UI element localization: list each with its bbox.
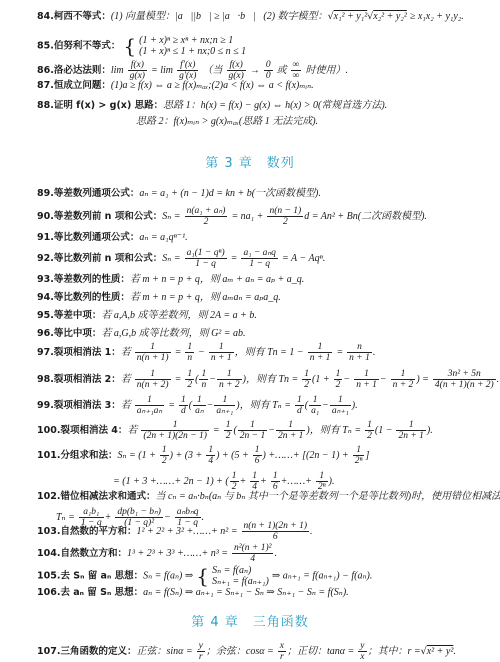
brace-icon: { — [196, 566, 209, 586]
formula-93: 93.等差数列的性质：若 m + n = p + q，则 aₘ + aₙ = a… — [37, 274, 304, 286]
formula-96: 96.等比中项：若 a,G,b 成等比数列，则 G² = ab. — [37, 328, 246, 340]
formula-103: 103.自然数的平方和：1² + 2² + 3² +……+ n² = n(n +… — [37, 521, 313, 542]
formula-87: 87.恒成立问题：(1)a ≥ f(x) ⇔ a ≥ f(x)ₘₐₓ;(2)a … — [37, 80, 314, 92]
formula-99: 99.裂项相消法 3：若 1aₙ₊₁aₙ = 1d(1aₙ−1aₙ₊₁)，则有 … — [37, 395, 358, 416]
formula-100: 100.裂项相消法 4：若 1(2n + 1)(2n − 1) = 12(12n… — [37, 420, 433, 441]
formula-106: 106.去 aₙ 留 Sₙ 思想：aₙ = f(Sₙ) ⇒ aₙ₊₁ = Sₙ₊… — [37, 587, 349, 599]
formula-104: 104.自然数立方和：1³ + 2³ + 3³ +……+ n³ = n²(n +… — [37, 543, 277, 564]
chapter-heading-3: 第 3 章 数列 — [0, 152, 500, 171]
formula-107: 107.三角函数的定义：正弦：sinα = yr；余弦：cosα = xr；正切… — [37, 641, 456, 662]
formula-97: 97.裂项相消法 1：若 1n(n + 1) = 1n − 1n + 1，则有 … — [37, 342, 375, 363]
formula-101: 101.分组求和法：Sₙ = (1 + 12) + (3 + 14) + (5 … — [37, 445, 369, 466]
formula-86: 86.洛必达法则：lim f(x)g(x) = lim f′(x)g′(x) （… — [37, 60, 348, 81]
brace-icon: { — [123, 36, 136, 56]
formula-84: 84.柯西不等式：(1) 向量模型：|a⃗||b⃗| ≥ |a⃗·b⃗|；(2)… — [37, 11, 464, 23]
formula-90: 90.等差数列前 n 项和公式：Sₙ = n(a₁ + aₙ)2 = na₁ +… — [37, 206, 427, 227]
formula-89: 89.等差数列通项公式：aₙ = a₁ + (n − 1)d = kn + b(… — [37, 188, 321, 200]
chapter-heading-4: 第 4 章 三角函数 — [0, 611, 500, 630]
formula-94: 94.等比数列的性质：若 m + n = p + q，则 aₘaₙ = aₚa_… — [37, 292, 281, 304]
formula-102: 102.错位相减法求和通式：当 cₙ = aₙ·bₙ(aₙ 与 bₙ 其中一个是… — [37, 491, 500, 503]
formula-92: 92.等比数列前 n 项和公式：Sₙ = a₁(1 − qⁿ)1 − q = a… — [37, 248, 325, 269]
formula-91: 91.等比数列通项公式：aₙ = a₁qⁿ⁻¹. — [37, 232, 188, 244]
formula-105: 105.去 Sₙ 留 aₙ 思想：Sₙ = f(aₙ) ⇒ { Sₙ = f(a… — [37, 565, 372, 587]
formula-98: 98.裂项相消法 2：若 1n(n + 2) = 12(1n−1n + 2)，则… — [37, 369, 499, 390]
formula-85: 85.伯努利不等式： { (1 + x)ⁿ ≥ xⁿ + nx;n ≥ 1 (1… — [37, 35, 246, 57]
formula-88-line2: 思路 2：f(x)ₘᵢₙ > g(x)ₘₐₓ(思路 1 无法完成). — [136, 116, 318, 128]
formula-101-line2: = (1 + 3 +……+ 2n − 1) + (12+ 14+ 16+……+ … — [113, 471, 334, 492]
formula-88: 88.证明 f(x) > g(x) 思路：思路 1：h(x) = f(x) − … — [37, 100, 387, 112]
formula-95: 95.等差中项：若 a,A,b 成等差数列，则 2A = a + b. — [37, 310, 257, 322]
